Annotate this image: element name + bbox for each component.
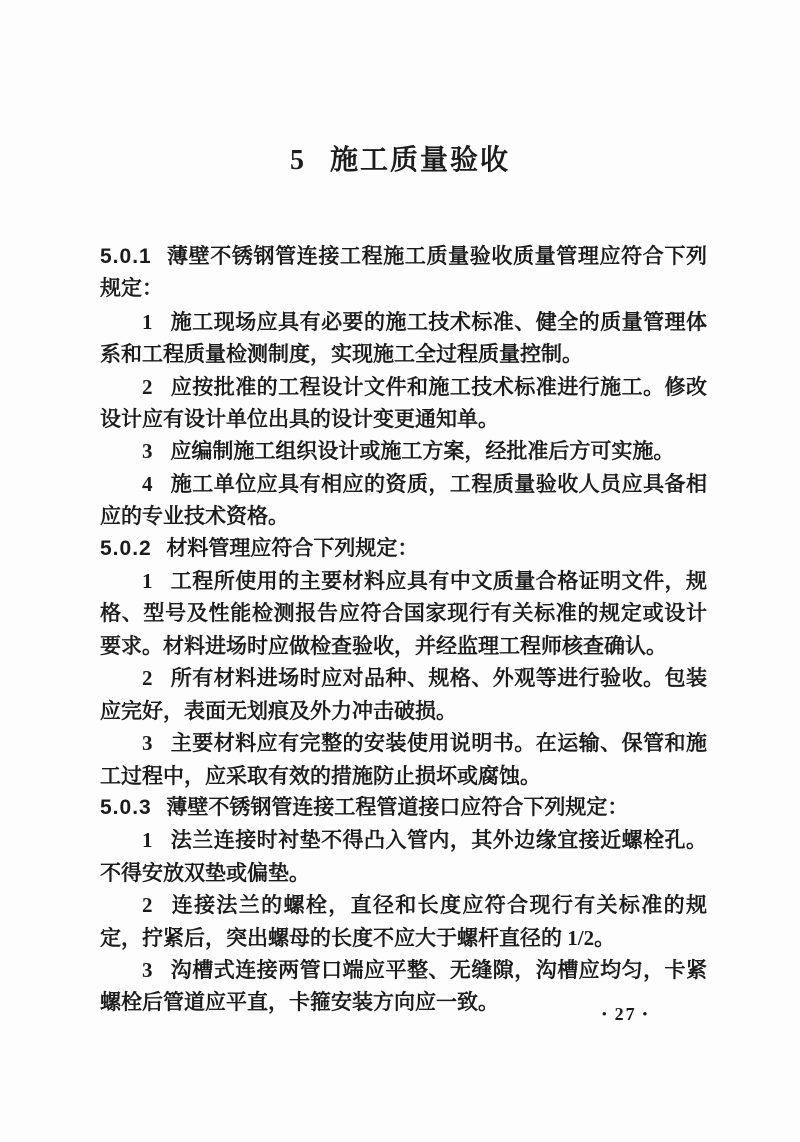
item-text: 所有材料进场时应对品种、规格、外观等进行验收。包装应完好，表面无划痕及外力冲击破… <box>100 666 707 722</box>
clause-5-0-2-item-1: 1工程所使用的主要材料应具有中文质量合格证明文件，规格、型号及性能检测报告应符合… <box>100 565 707 662</box>
page-number-dot-left: • <box>596 1006 615 1021</box>
item-number: 2 <box>142 893 153 917</box>
clause-5-0-2-item-3: 3主要材料应有完整的安装使用说明书。在运输、保管和施工过程中，应采取有效的措施防… <box>100 727 707 792</box>
clause-number: 5.0.3 <box>100 796 152 819</box>
clause-5-0-3: 5.0.3薄壁不锈钢管连接工程管道接口应符合下列规定： <box>100 792 707 824</box>
item-text: 施工单位应具有相应的资质，工程质量验收人员应具备相应的专业技术资格。 <box>100 472 707 528</box>
item-text: 连接法兰的螺栓，直径和长度应符合现行有关标准的规定，拧紧后，突出螺母的长度不应大… <box>100 893 707 949</box>
item-text: 法兰连接时衬垫不得凸入管内，其外边缘宜接近螺栓孔。不得安放双垫或偏垫。 <box>100 828 707 884</box>
item-text: 应按批准的工程设计文件和施工技术标准进行施工。修改设计应有设计单位出具的设计变更… <box>100 375 707 431</box>
clause-5-0-1-item-4: 4施工单位应具有相应的资质，工程质量验收人员应具备相应的专业技术资格。 <box>100 468 707 533</box>
page-number-dot-right: • <box>637 1006 656 1021</box>
item-text: 工程所使用的主要材料应具有中文质量合格证明文件，规格、型号及性能检测报告应符合国… <box>100 569 707 658</box>
body-text: 5.0.1薄壁不锈钢管连接工程施工质量验收质量管理应符合下列规定： 1施工现场应… <box>100 241 707 1019</box>
document-page: 5施工质量验收 5.0.1薄壁不锈钢管连接工程施工质量验收质量管理应符合下列规定… <box>0 0 800 1142</box>
item-number: 1 <box>142 828 153 852</box>
page-number: •27• <box>596 1004 655 1025</box>
item-number: 3 <box>142 958 153 982</box>
clause-number: 5.0.1 <box>100 245 152 268</box>
chapter-number: 5 <box>290 145 306 176</box>
chapter-title-text: 施工质量验收 <box>330 145 510 176</box>
chapter-title: 5施工质量验收 <box>0 138 800 178</box>
item-number: 1 <box>142 569 153 593</box>
clause-number: 5.0.2 <box>100 537 152 560</box>
clause-5-0-3-item-1: 1法兰连接时衬垫不得凸入管内，其外边缘宜接近螺栓孔。不得安放双垫或偏垫。 <box>100 824 707 889</box>
item-number: 1 <box>142 310 153 334</box>
clause-5-0-2-item-2: 2所有材料进场时应对品种、规格、外观等进行验收。包装应完好，表面无划痕及外力冲击… <box>100 662 707 727</box>
item-text: 主要材料应有完整的安装使用说明书。在运输、保管和施工过程中，应采取有效的措施防止… <box>100 731 707 787</box>
item-number: 4 <box>142 472 153 496</box>
clause-5-0-1: 5.0.1薄壁不锈钢管连接工程施工质量验收质量管理应符合下列规定： <box>100 241 707 306</box>
item-text: 施工现场应具有必要的施工技术标准、健全的质量管理体系和工程质量检测制度，实现施工… <box>100 310 707 366</box>
clause-5-0-1-item-3: 3应编制施工组织设计或施工方案，经批准后方可实施。 <box>100 435 707 467</box>
item-text: 应编制施工组织设计或施工方案，经批准后方可实施。 <box>170 439 674 463</box>
clause-heading: 薄壁不锈钢管连接工程管道接口应符合下列规定： <box>166 796 628 819</box>
clause-heading: 材料管理应符合下列规定： <box>166 537 418 560</box>
clause-5-0-3-item-2: 2连接法兰的螺栓，直径和长度应符合现行有关标准的规定，拧紧后，突出螺母的长度不应… <box>100 889 707 954</box>
clause-heading: 薄壁不锈钢管连接工程施工质量验收质量管理应符合下列规定： <box>100 245 707 300</box>
item-number: 2 <box>142 375 153 399</box>
item-number: 2 <box>142 666 153 690</box>
page-number-value: 27 <box>615 1004 637 1024</box>
item-number: 3 <box>142 731 153 755</box>
clause-5-0-2: 5.0.2材料管理应符合下列规定： <box>100 533 707 565</box>
clause-5-0-1-item-2: 2应按批准的工程设计文件和施工技术标准进行施工。修改设计应有设计单位出具的设计变… <box>100 371 707 436</box>
clause-5-0-1-item-1: 1施工现场应具有必要的施工技术标准、健全的质量管理体系和工程质量检测制度，实现施… <box>100 306 707 371</box>
item-number: 3 <box>142 439 153 463</box>
